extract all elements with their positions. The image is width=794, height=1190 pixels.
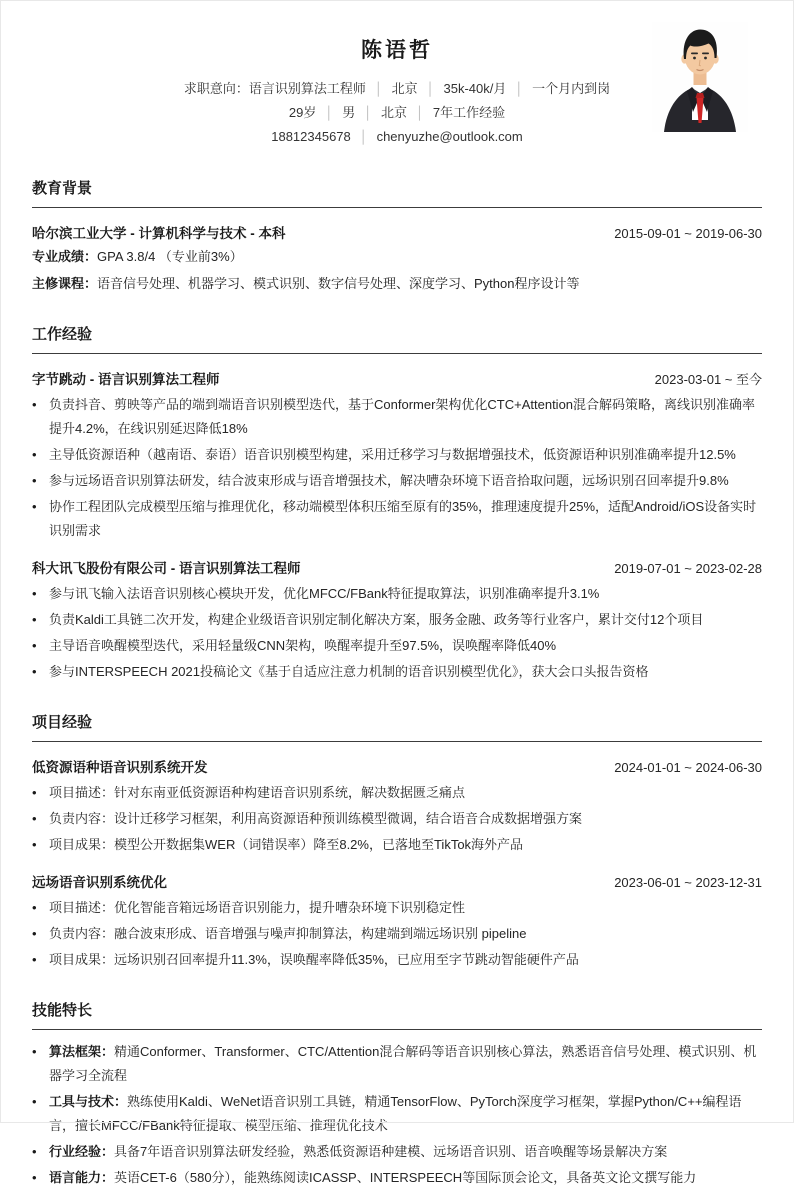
male-portrait-icon — [652, 22, 748, 132]
age: 29岁 — [289, 105, 316, 120]
bullet-item: 项目成果：模型公开数据集WER（词错误率）降至8.2%，已落地至TikTok海外… — [32, 833, 762, 857]
separator: │ — [418, 82, 444, 96]
bullet-item: 主导低资源语种（越南语、泰语）语音识别模型构建，采用迁移学习与数据增强技术，低资… — [32, 443, 762, 467]
bullet-icon — [32, 469, 49, 493]
work-bullet-list: 负责抖音、剪映等产品的端到端语音识别模型迭代，基于Conformer架构优化CT… — [32, 393, 762, 543]
bullet-icon — [32, 833, 49, 857]
education-gpa-line: 专业成绩：GPA 3.8/4 （专业前3%） — [32, 245, 762, 269]
bullet-item: 参与远场语音识别算法研发，结合波束形成与语音增强技术，解决嘈杂环境下语音拾取问题… — [32, 469, 762, 493]
bullet-icon — [32, 608, 49, 632]
section-title-work: 工作经验 — [32, 323, 762, 354]
skill-value: 英语CET-6（580分），能熟练阅读ICASSP、INTERSPEECH等国际… — [114, 1170, 696, 1185]
project-name: 远场语音识别系统优化 — [32, 871, 167, 891]
skill-value: 熟练使用Kaldi、WeNet语音识别工具链，精通TensorFlow、PyTo… — [49, 1094, 742, 1133]
bullet-item: 工具与技术：熟练使用Kaldi、WeNet语音识别工具链，精通TensorFlo… — [32, 1090, 762, 1138]
project-bullet-value: 远场识别召回率提升11.3%，误唤醒率降低35%，已应用至字节跳动智能硬件产品 — [114, 952, 579, 967]
candidate-photo — [652, 22, 748, 132]
bullet-text: 主导语音唤醒模型迭代，采用轻量级CNN架构，唤醒率提升至97.5%，误唤醒率降低… — [49, 634, 762, 658]
bullet-icon — [32, 896, 49, 920]
bullet-text: 行业经验：具备7年语音识别算法研发经验，熟悉低资源语种建模、远场语音识别、语音唤… — [49, 1140, 762, 1164]
bullet-text: 项目成果：远场识别召回率提升11.3%，误唤醒率降低35%，已应用至字节跳动智能… — [49, 948, 762, 972]
email-address: chenyuzhe@outlook.com — [377, 129, 523, 144]
education-entry-head: 哈尔滨工业大学 - 计算机科学与技术 - 本科 2015-09-01 ~ 201… — [32, 222, 762, 242]
bullet-icon — [32, 660, 49, 684]
education-entry: 哈尔滨工业大学 - 计算机科学与技术 - 本科 2015-09-01 ~ 201… — [32, 222, 762, 296]
job-intention-position: 语言识别算法工程师 — [249, 81, 366, 96]
company-role: 科大讯飞股份有限公司 - 语言识别算法工程师 — [32, 557, 301, 577]
bullet-item: 负责抖音、剪映等产品的端到端语音识别模型迭代，基于Conformer架构优化CT… — [32, 393, 762, 441]
bullet-text: 参与远场语音识别算法研发，结合波束形成与语音增强技术，解决嘈杂环境下语音拾取问题… — [49, 469, 762, 493]
skill-label: 语言能力： — [49, 1170, 114, 1185]
bullet-text: 算法框架：精通Conformer、Transformer、CTC/Attenti… — [49, 1040, 762, 1088]
separator: │ — [366, 82, 392, 96]
project-bullet-label: 项目成果： — [49, 837, 114, 852]
resume-page: 陈语哲 求职意向：语言识别算法工程师│北京│35k-40k/月│一个月内到岗 2… — [0, 0, 794, 1123]
bullet-icon — [32, 1040, 49, 1088]
bullet-item: 参与讯飞输入法语音识别核心模块开发，优化MFCC/FBank特征提取算法，识别准… — [32, 582, 762, 606]
education-courses-line: 主修课程：语音信号处理、机器学习、模式识别、数字信号处理、深度学习、Python… — [32, 272, 762, 296]
work-date-range: 2023-03-01 ~ 至今 — [655, 369, 762, 388]
project-bullet-value: 设计迁移学习框架，利用高资源语种预训练模型微调，结合语音合成数据增强方案 — [114, 811, 582, 826]
bullet-icon — [32, 922, 49, 946]
bullet-text: 项目描述：针对东南亚低资源语种构建语音识别系统，解决数据匮乏痛点 — [49, 781, 762, 805]
bullet-item: 负责Kaldi工具链二次开发，构建企业级语音识别定制化解决方案，服务金融、政务等… — [32, 608, 762, 632]
job-intention-availability: 一个月内到岗 — [532, 81, 610, 96]
work-bullet-list: 参与讯飞输入法语音识别核心模块开发，优化MFCC/FBank特征提取算法，识别准… — [32, 582, 762, 684]
skill-label: 行业经验： — [49, 1144, 114, 1159]
bullet-text: 负责抖音、剪映等产品的端到端语音识别模型迭代，基于Conformer架构优化CT… — [49, 393, 762, 441]
bullet-icon — [32, 781, 49, 805]
bullet-item: 负责内容：融合波束形成、语音增强与噪声抑制算法，构建端到端远场识别 pipeli… — [32, 922, 762, 946]
bullet-icon — [32, 1090, 49, 1138]
location: 北京 — [381, 105, 407, 120]
section-title-skills: 技能特长 — [32, 999, 762, 1030]
work-entry-bytedance: 字节跳动 - 语言识别算法工程师 2023-03-01 ~ 至今 负责抖音、剪映… — [32, 368, 762, 543]
job-intention-salary: 35k-40k/月 — [443, 81, 506, 96]
section-title-projects: 项目经验 — [32, 711, 762, 742]
project-bullet-label: 负责内容： — [49, 811, 114, 826]
work-date-range: 2019-07-01 ~ 2023-02-28 — [614, 561, 762, 576]
skills-bullet-list: 算法框架：精通Conformer、Transformer、CTC/Attenti… — [32, 1040, 762, 1190]
phone-number: 18812345678 — [271, 129, 351, 144]
project-entry-low-resource: 低资源语种语音识别系统开发 2024-01-01 ~ 2024-06-30 项目… — [32, 756, 762, 857]
bullet-text: 主导低资源语种（越南语、泰语）语音识别模型构建，采用迁移学习与数据增强技术，低资… — [49, 443, 762, 467]
gender: 男 — [342, 105, 355, 120]
skill-value: 具备7年语音识别算法研发经验，熟悉低资源语种建模、远场语音识别、语音唤醒等场景解… — [114, 1144, 667, 1159]
bullet-item: 语言能力：英语CET-6（580分），能熟练阅读ICASSP、INTERSPEE… — [32, 1166, 762, 1190]
project-date-range: 2023-06-01 ~ 2023-12-31 — [614, 875, 762, 890]
bullet-text: 负责Kaldi工具链二次开发，构建企业级语音识别定制化解决方案，服务金融、政务等… — [49, 608, 762, 632]
project-bullet-label: 负责内容： — [49, 926, 114, 941]
skill-label: 工具与技术： — [49, 1094, 127, 1109]
bullet-text: 负责内容：设计迁移学习框架，利用高资源语种预训练模型微调，结合语音合成数据增强方… — [49, 807, 762, 831]
bullet-text: 语言能力：英语CET-6（580分），能熟练阅读ICASSP、INTERSPEE… — [49, 1166, 762, 1190]
bullet-item: 协作工程团队完成模型压缩与推理优化，移动端模型体积压缩至原有的35%，推理速度提… — [32, 495, 762, 543]
bullet-item: 行业经验：具备7年语音识别算法研发经验，熟悉低资源语种建模、远场语音识别、语音唤… — [32, 1140, 762, 1164]
bullet-text: 负责内容：融合波束形成、语音增强与噪声抑制算法，构建端到端远场识别 pipeli… — [49, 922, 762, 946]
bullet-icon — [32, 495, 49, 543]
bullet-item: 项目描述：针对东南亚低资源语种构建语音识别系统，解决数据匮乏痛点 — [32, 781, 762, 805]
experience-years: 7年工作经验 — [433, 105, 505, 120]
project-bullet-value: 融合波束形成、语音增强与噪声抑制算法，构建端到端远场识别 pipeline — [114, 926, 526, 941]
courses-value: 语音信号处理、机器学习、模式识别、数字信号处理、深度学习、Python程序设计等 — [97, 276, 579, 291]
separator: │ — [506, 82, 532, 96]
bullet-item: 负责内容：设计迁移学习框架，利用高资源语种预训练模型微调，结合语音合成数据增强方… — [32, 807, 762, 831]
gpa-value: GPA 3.8/4 （专业前3%） — [97, 249, 243, 264]
project-name: 低资源语种语音识别系统开发 — [32, 756, 208, 776]
separator: │ — [316, 106, 342, 120]
bullet-text: 参与讯飞输入法语音识别核心模块开发，优化MFCC/FBank特征提取算法，识别准… — [49, 582, 762, 606]
project-bullet-value: 优化智能音箱远场语音识别能力，提升嘈杂环境下识别稳定性 — [114, 900, 465, 915]
skill-label: 算法框架： — [49, 1044, 114, 1059]
project-bullet-value: 模型公开数据集WER（词错误率）降至8.2%，已落地至TikTok海外产品 — [114, 837, 523, 852]
bullet-icon — [32, 393, 49, 441]
section-title-education: 教育背景 — [32, 177, 762, 208]
work-entry-head: 字节跳动 - 语言识别算法工程师 2023-03-01 ~ 至今 — [32, 368, 762, 388]
project-entry-far-field: 远场语音识别系统优化 2023-06-01 ~ 2023-12-31 项目描述：… — [32, 871, 762, 972]
separator: │ — [355, 106, 381, 120]
bullet-text: 项目成果：模型公开数据集WER（词错误率）降至8.2%，已落地至TikTok海外… — [49, 833, 762, 857]
gpa-label: 专业成绩： — [32, 249, 97, 264]
school-name: 哈尔滨工业大学 - 计算机科学与技术 - 本科 — [32, 222, 286, 242]
bullet-icon — [32, 443, 49, 467]
bullet-icon — [32, 1140, 49, 1164]
project-bullet-label: 项目描述： — [49, 900, 114, 915]
bullet-text: 工具与技术：熟练使用Kaldi、WeNet语音识别工具链，精通TensorFlo… — [49, 1090, 762, 1138]
section-work: 工作经验 字节跳动 - 语言识别算法工程师 2023-03-01 ~ 至今 负责… — [32, 323, 762, 684]
section-education: 教育背景 哈尔滨工业大学 - 计算机科学与技术 - 本科 2015-09-01 … — [32, 177, 762, 296]
bullet-item: 主导语音唤醒模型迭代，采用轻量级CNN架构，唤醒率提升至97.5%，误唤醒率降低… — [32, 634, 762, 658]
bullet-icon — [32, 1166, 49, 1190]
job-intention-city: 北京 — [392, 81, 418, 96]
project-bullet-value: 针对东南亚低资源语种构建语音识别系统，解决数据匮乏痛点 — [114, 785, 465, 800]
bullet-item: 项目描述：优化智能音箱远场语音识别能力，提升嘈杂环境下识别稳定性 — [32, 896, 762, 920]
bullet-item: 项目成果：远场识别召回率提升11.3%，误唤醒率降低35%，已应用至字节跳动智能… — [32, 948, 762, 972]
bullet-text: 协作工程团队完成模型压缩与推理优化，移动端模型体积压缩至原有的35%，推理速度提… — [49, 495, 762, 543]
work-entry-head: 科大讯飞股份有限公司 - 语言识别算法工程师 2019-07-01 ~ 2023… — [32, 557, 762, 577]
project-entry-head: 低资源语种语音识别系统开发 2024-01-01 ~ 2024-06-30 — [32, 756, 762, 776]
bullet-icon — [32, 807, 49, 831]
bullet-item: 参与INTERSPEECH 2021投稿论文《基于自适应注意力机制的语音识别模型… — [32, 660, 762, 684]
job-intention-label: 求职意向： — [184, 81, 249, 96]
courses-label: 主修课程： — [32, 276, 97, 291]
project-entry-head: 远场语音识别系统优化 2023-06-01 ~ 2023-12-31 — [32, 871, 762, 891]
project-bullet-list: 项目描述：针对东南亚低资源语种构建语音识别系统，解决数据匮乏痛点 负责内容：设计… — [32, 781, 762, 857]
company-role: 字节跳动 - 语言识别算法工程师 — [32, 368, 220, 388]
education-date-range: 2015-09-01 ~ 2019-06-30 — [614, 226, 762, 241]
project-bullet-label: 项目成果： — [49, 952, 114, 967]
bullet-text: 项目描述：优化智能音箱远场语音识别能力，提升嘈杂环境下识别稳定性 — [49, 896, 762, 920]
section-projects: 项目经验 低资源语种语音识别系统开发 2024-01-01 ~ 2024-06-… — [32, 711, 762, 972]
bullet-item: 算法框架：精通Conformer、Transformer、CTC/Attenti… — [32, 1040, 762, 1088]
project-bullet-list: 项目描述：优化智能音箱远场语音识别能力，提升嘈杂环境下识别稳定性 负责内容：融合… — [32, 896, 762, 972]
bullet-icon — [32, 948, 49, 972]
project-bullet-label: 项目描述： — [49, 785, 114, 800]
work-entry-iflytek: 科大讯飞股份有限公司 - 语言识别算法工程师 2019-07-01 ~ 2023… — [32, 557, 762, 684]
bullet-text: 参与INTERSPEECH 2021投稿论文《基于自适应注意力机制的语音识别模型… — [49, 660, 762, 684]
skill-value: 精通Conformer、Transformer、CTC/Attention混合解… — [49, 1044, 756, 1083]
separator: │ — [407, 106, 433, 120]
bullet-icon — [32, 634, 49, 658]
project-date-range: 2024-01-01 ~ 2024-06-30 — [614, 760, 762, 775]
resume-header: 陈语哲 求职意向：语言识别算法工程师│北京│35k-40k/月│一个月内到岗 2… — [32, 24, 762, 150]
separator: │ — [351, 130, 377, 144]
bullet-icon — [32, 582, 49, 606]
section-skills: 技能特长 算法框架：精通Conformer、Transformer、CTC/At… — [32, 999, 762, 1190]
